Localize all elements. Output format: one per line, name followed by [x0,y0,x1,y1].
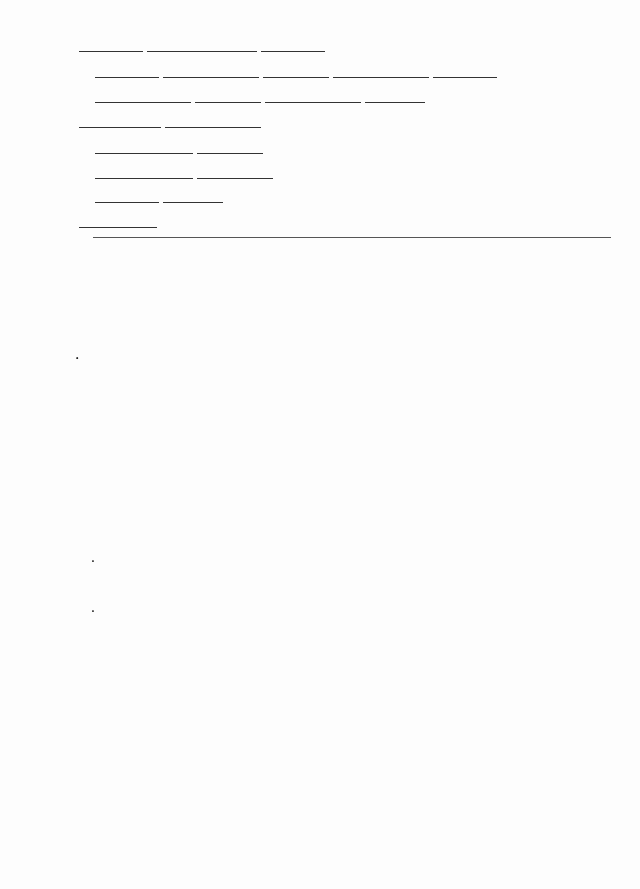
fill-blank[interactable] [95,138,193,154]
fill-blank[interactable] [95,163,193,179]
question-1-sub1 [93,563,119,583]
fill-blank[interactable] [79,112,161,128]
fill-blank[interactable] [195,87,261,103]
fill-blank[interactable] [147,36,257,52]
fill-blank[interactable] [79,36,143,52]
question-3-stem [77,713,103,733]
fill-blank[interactable] [165,112,261,128]
q2-line1 [77,112,263,133]
fill-blank[interactable] [95,187,159,203]
fill-blank[interactable] [261,36,325,52]
q3-line1 [77,212,159,233]
q2-line2 [93,138,265,159]
question-2-stem [77,663,133,683]
q1-line1 [77,36,327,57]
q2-line4 [93,187,225,208]
q1-line2 [93,62,499,83]
fill-blank[interactable] [333,62,429,78]
fill-blank[interactable] [79,212,157,228]
q2-line3 [93,163,275,184]
fill-blank[interactable] [95,62,159,78]
question-1-sub2 [93,613,119,633]
fill-blank[interactable] [95,87,191,103]
q1-line3 [93,87,427,108]
fill-blank[interactable] [197,138,263,154]
fill-blank[interactable] [365,87,425,103]
fill-blank[interactable] [163,187,223,203]
answer-line[interactable] [93,237,611,238]
fill-blank[interactable] [263,62,329,78]
fill-blank[interactable] [433,62,497,78]
fill-blank[interactable] [197,163,273,179]
fill-blank[interactable] [163,62,259,78]
fill-blank[interactable] [265,87,361,103]
